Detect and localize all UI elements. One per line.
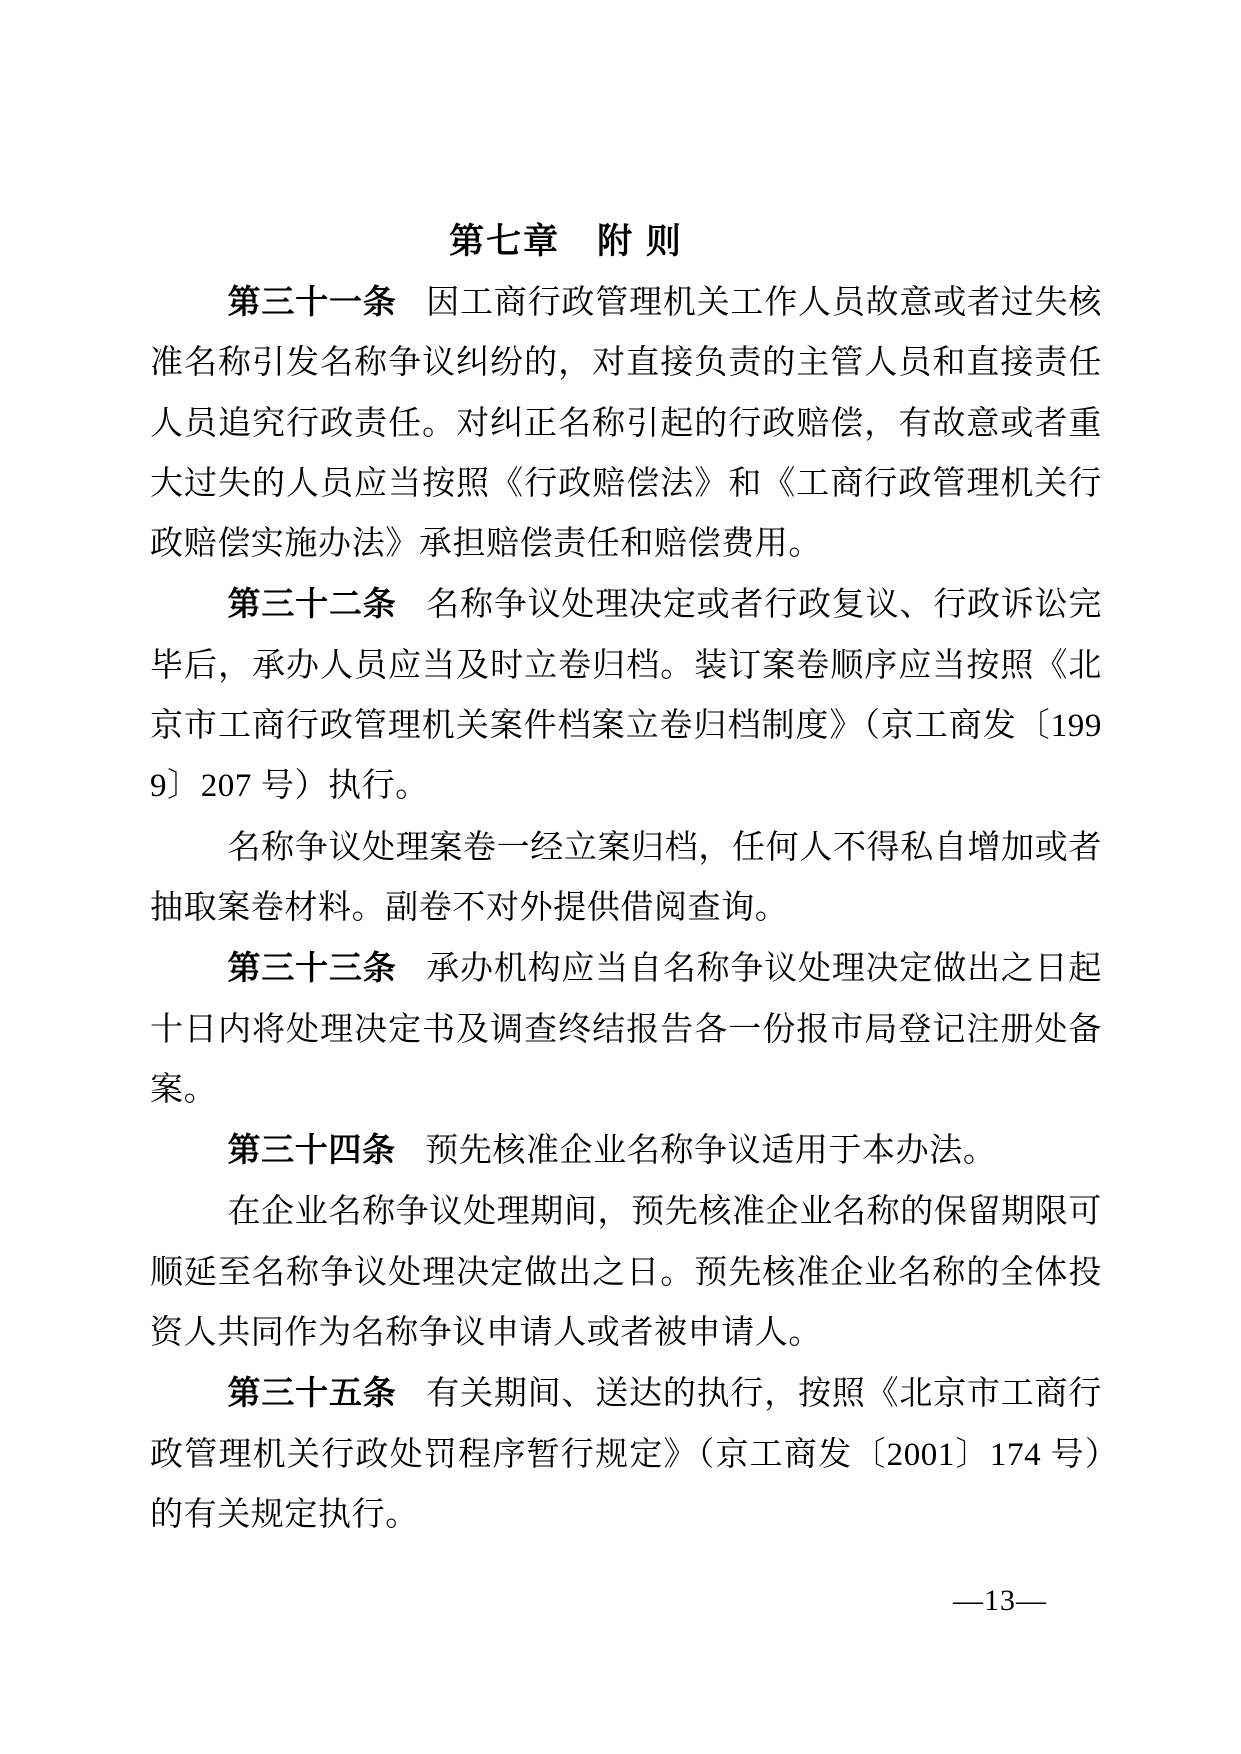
article-number: 第三十一条 (228, 283, 397, 320)
page-number: —13— (953, 1583, 1047, 1619)
article-number: 第三十二条 (228, 585, 397, 622)
article-paragraph-32-cont: 名称争议处理案卷一经立案归档，任何人不得私自增加或者抽取案卷材料。副卷不对外提供… (150, 817, 1102, 939)
article-number: 第三十五条 (228, 1374, 397, 1411)
document-content: 第七章 附 则 第三十一条因工商行政管理机关工作人员故意或者过失核准名称引发名称… (150, 212, 1102, 1545)
article-paragraph-34: 第三十四条预先核准企业名称争议适用于本办法。 (150, 1120, 1102, 1181)
paragraph-text: 名称争议处理案卷一经立案归档，任何人不得私自增加或者抽取案卷材料。副卷不对外提供… (150, 830, 1102, 926)
article-number: 第三十四条 (228, 1131, 396, 1168)
article-paragraph-33: 第三十三条承办机构应当自名称争议处理决定做出之日起十日内将处理决定书及调查终结报… (150, 938, 1102, 1120)
article-paragraph-31: 第三十一条因工商行政管理机关工作人员故意或者过失核准名称引发名称争议纠纷的，对直… (150, 272, 1102, 574)
article-paragraph-32: 第三十二条名称争议处理决定或者行政复议、行政诉讼完毕后，承办人员应当及时立卷归档… (150, 574, 1102, 816)
document-page: 第七章 附 则 第三十一条因工商行政管理机关工作人员故意或者过失核准名称引发名称… (0, 0, 1241, 1754)
chapter-title: 第七章 附 则 (90, 212, 1042, 272)
article-number: 第三十三条 (228, 949, 397, 986)
article-paragraph-35: 第三十五条有关期间、送达的执行，按照《北京市工商行政管理机关行政处罚程序暂行规定… (150, 1363, 1102, 1545)
article-paragraph-34-cont: 在企业名称争议处理期间，预先核准企业名称的保留期限可顺延至名称争议处理决定做出之… (150, 1181, 1102, 1363)
paragraph-text: 在企业名称争议处理期间，预先核准企业名称的保留期限可顺延至名称争议处理决定做出之… (150, 1194, 1102, 1351)
paragraph-text: 预先核准企业名称争议适用于本办法。 (425, 1133, 996, 1169)
paragraph-text: 因工商行政管理机关工作人员故意或者过失核准名称引发名称争议纠纷的，对直接负责的主… (150, 285, 1102, 562)
